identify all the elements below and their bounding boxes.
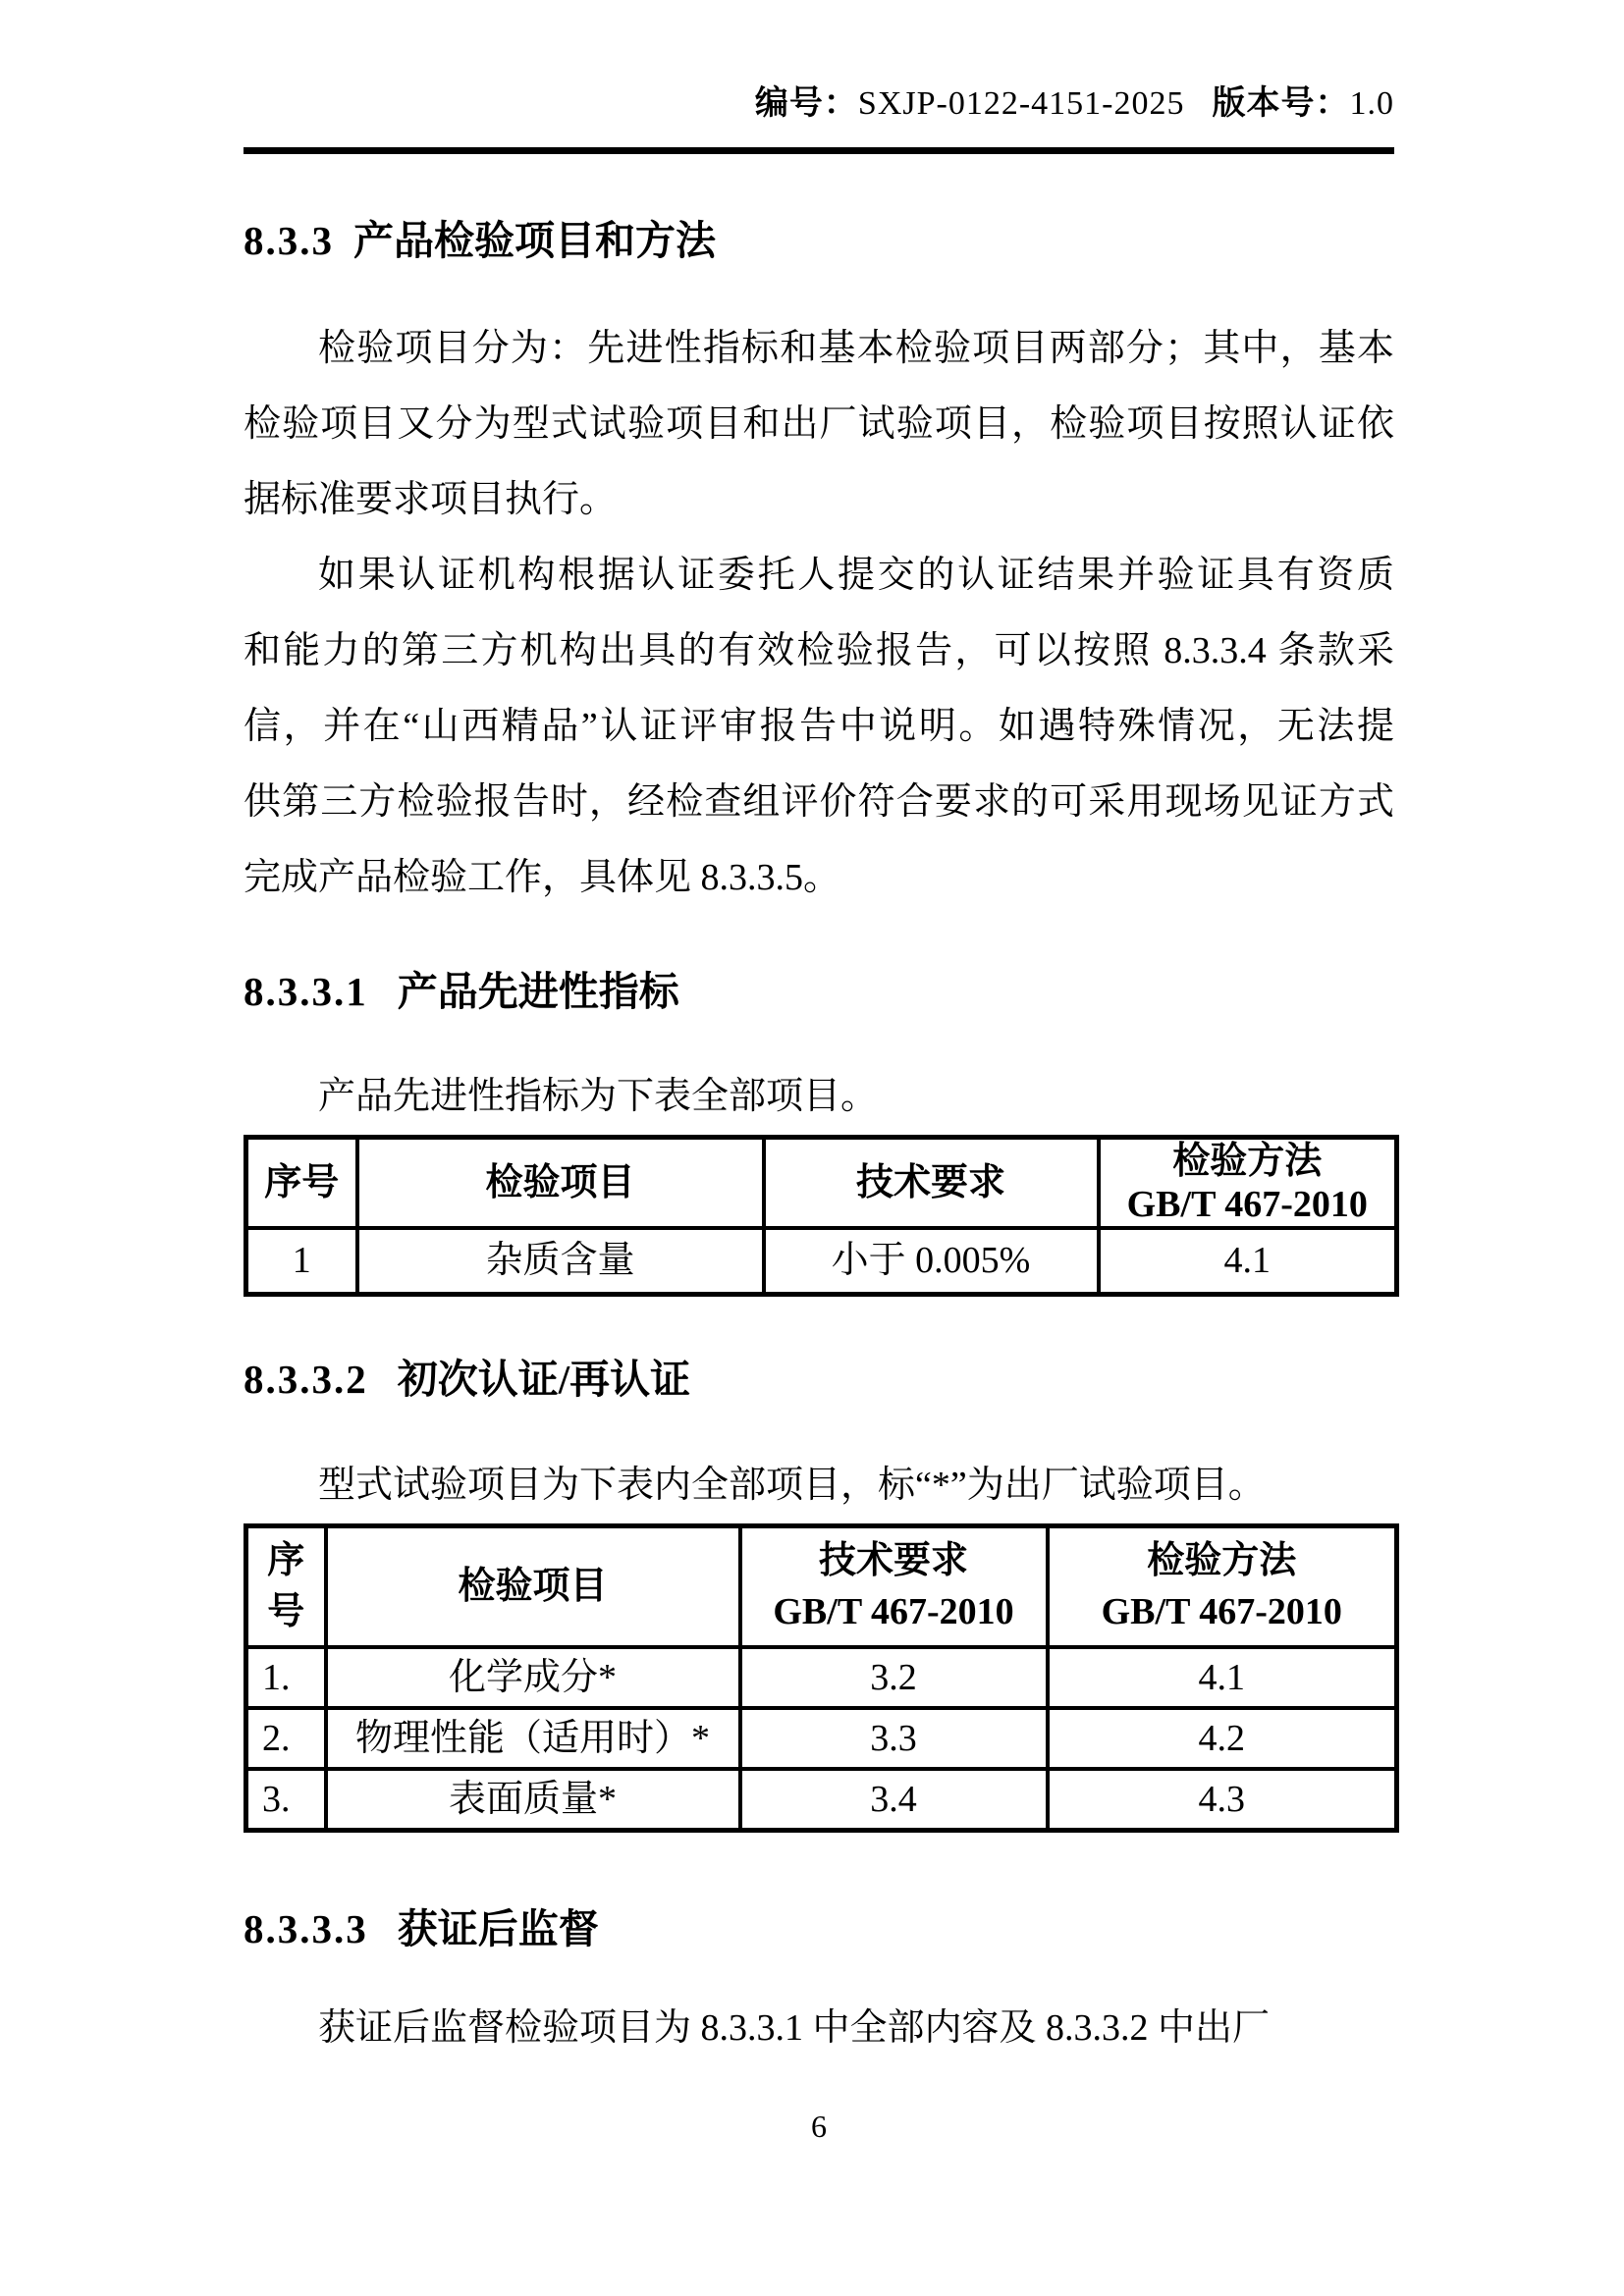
heading-title: 初次认证/再认证: [398, 1357, 690, 1402]
table-cell: 3.: [246, 1769, 326, 1830]
paragraph-line: 信，并在“山西精品”认证评审报告中说明。如遇特殊情况，无法提: [244, 689, 1394, 765]
table-cell: 化学成分*: [326, 1647, 740, 1708]
paragraph-line: 供第三方检验报告时，经检查组评价符合要求的可采用现场见证方式: [244, 765, 1394, 840]
section-heading-8-3-3: 8.3.3产品检验项目和方法: [244, 219, 1394, 262]
paragraph-type-test-intro: 型式试验项目为下表内全部项目，标“*”为出厂试验项目。: [244, 1448, 1394, 1523]
paragraph-line: 据标准要求项目执行。: [244, 462, 1394, 538]
paragraph-line: 和能力的第三方机构出具的有效检验报告，可以按照 8.3.3.4 条款采: [244, 614, 1394, 689]
paragraph-line: 检验项目分为：先进性指标和基本检验项目两部分；其中，基本: [244, 311, 1394, 387]
advancement-indicator-table: 序号 检验项目 技术要求 检验方法 GB/T 467-2010 1 杂质含量 小…: [244, 1135, 1399, 1297]
table-cell: 4.2: [1048, 1708, 1397, 1769]
doc-number-label: 编号：: [755, 85, 858, 122]
table-row: 1 杂质含量 小于 0.005% 4.1: [246, 1228, 1397, 1294]
paragraph-line: 完成产品检验工作，具体见 8.3.3.5。: [244, 840, 1394, 916]
paragraph-line: 产品先进性指标为下表全部项目。: [244, 1059, 1394, 1135]
section-heading-8-3-3-1: 8.3.3.1产品先进性指标: [244, 970, 1394, 1013]
paragraph-line: 型式试验项目为下表内全部项目，标“*”为出厂试验项目。: [244, 1448, 1394, 1523]
heading-number: 8.3.3: [244, 218, 334, 263]
table-header-cell: 检验方法 GB/T 467-2010: [1099, 1138, 1397, 1229]
table-header-row: 序号 检验项目 技术要求 检验方法 GB/T 467-2010: [246, 1138, 1397, 1229]
table-row: 3. 表面质量* 3.4 4.3: [246, 1769, 1397, 1830]
table-cell: 2.: [246, 1708, 326, 1769]
table-header-cell: 检验项目: [357, 1138, 764, 1229]
table-cell: 3.4: [740, 1769, 1048, 1830]
paragraph-line: 如果认证机构根据认证委托人提交的认证结果并验证具有资质: [244, 538, 1394, 614]
section-heading-8-3-3-3: 8.3.3.3获证后监督: [244, 1907, 1394, 1950]
version-value: 1.0: [1350, 85, 1395, 122]
document-page: 编号：SXJP-0122-4151-2025版本号：1.0 8.3.3产品检验项…: [0, 0, 1624, 2296]
table-row: 1. 化学成分* 3.2 4.1: [246, 1647, 1397, 1708]
table-header-cell: 序号: [246, 1138, 357, 1229]
table-cell: 物理性能（适用时）*: [326, 1708, 740, 1769]
type-test-table: 序 号 检验项目 技术要求 GB/T 467-2010 检验方法 GB/T 46…: [244, 1523, 1399, 1833]
table-header-cell: 技术要求 GB/T 467-2010: [740, 1525, 1048, 1647]
doc-number-value: SXJP-0122-4151-2025: [858, 85, 1185, 122]
heading-number: 8.3.3.1: [244, 969, 368, 1014]
table-header-cell: 序 号: [246, 1525, 326, 1647]
heading-title: 产品检验项目和方法: [353, 218, 716, 263]
paragraph-inspection-items: 检验项目分为：先进性指标和基本检验项目两部分；其中，基本 检验项目又分为型式试验…: [244, 311, 1394, 538]
table-cell: 4.1: [1048, 1647, 1397, 1708]
table-header-row: 序 号 检验项目 技术要求 GB/T 467-2010 检验方法 GB/T 46…: [246, 1525, 1397, 1647]
table-cell: 3.2: [740, 1647, 1048, 1708]
paragraph-third-party-reports: 如果认证机构根据认证委托人提交的认证结果并验证具有资质 和能力的第三方机构出具的…: [244, 538, 1394, 916]
page-number: 6: [811, 2109, 827, 2144]
table-header-cell: 技术要求: [764, 1138, 1099, 1229]
table-cell: 表面质量*: [326, 1769, 740, 1830]
heading-number: 8.3.3.3: [244, 1906, 368, 1951]
table-cell: 1: [246, 1228, 357, 1294]
heading-title: 产品先进性指标: [398, 969, 679, 1014]
paragraph-line: 获证后监督检验项目为 8.3.3.1 中全部内容及 8.3.3.2 中出厂: [244, 1991, 1394, 2066]
table-cell: 1.: [246, 1647, 326, 1708]
header-rule: [244, 147, 1394, 154]
table-header-cell: 检验方法 GB/T 467-2010: [1048, 1525, 1397, 1647]
paragraph-post-cert-supervision: 获证后监督检验项目为 8.3.3.1 中全部内容及 8.3.3.2 中出厂: [244, 1991, 1394, 2066]
paragraph-line: 检验项目又分为型式试验项目和出厂试验项目，检验项目按照认证依: [244, 387, 1394, 462]
heading-number: 8.3.3.2: [244, 1357, 368, 1402]
paragraph-advancement-intro: 产品先进性指标为下表全部项目。: [244, 1059, 1394, 1135]
heading-title: 获证后监督: [398, 1906, 599, 1951]
table-row: 2. 物理性能（适用时）* 3.3 4.2: [246, 1708, 1397, 1769]
table-header-cell: 检验项目: [326, 1525, 740, 1647]
table-cell: 杂质含量: [357, 1228, 764, 1294]
table-cell: 小于 0.005%: [764, 1228, 1099, 1294]
table-cell: 4.3: [1048, 1769, 1397, 1830]
page-footer: 6: [244, 2105, 1394, 2148]
section-heading-8-3-3-2: 8.3.3.2初次认证/再认证: [244, 1358, 1394, 1401]
document-header: 编号：SXJP-0122-4151-2025版本号：1.0: [244, 0, 1394, 126]
version-label: 版本号：: [1213, 85, 1350, 122]
page-content: 编号：SXJP-0122-4151-2025版本号：1.0 8.3.3产品检验项…: [244, 0, 1394, 2148]
table-cell: 3.3: [740, 1708, 1048, 1769]
table-cell: 4.1: [1099, 1228, 1397, 1294]
